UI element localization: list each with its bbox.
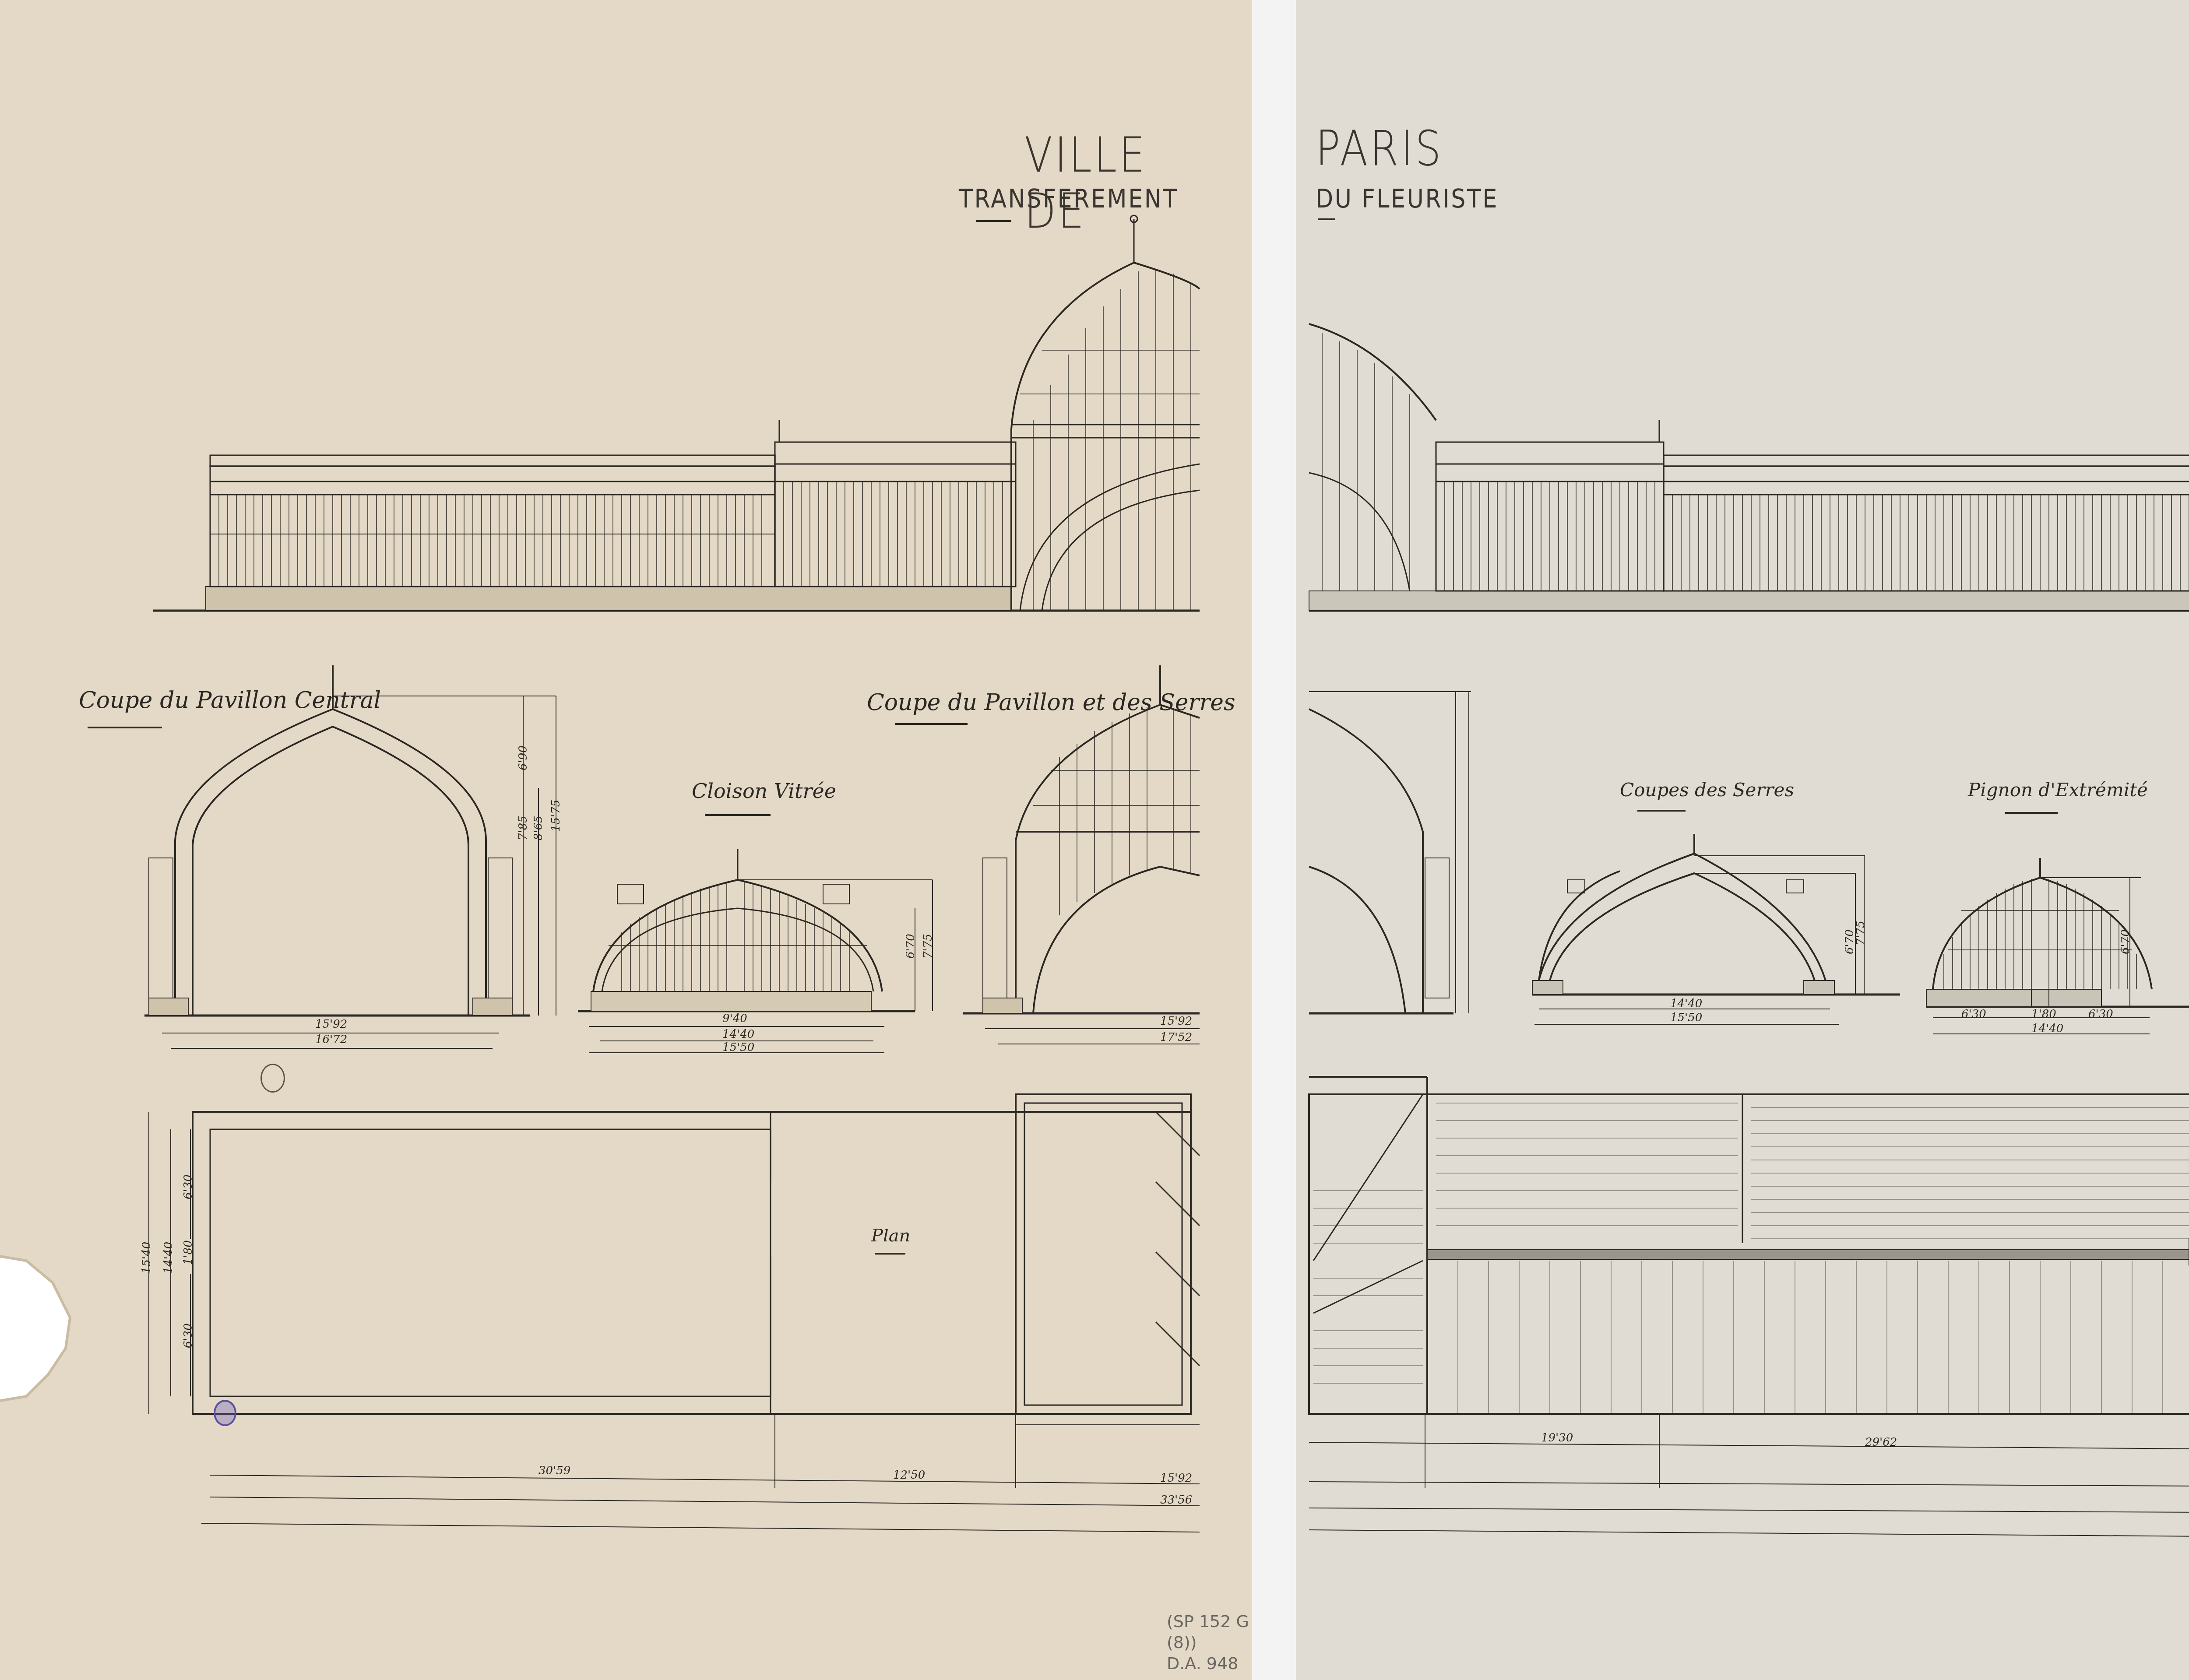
label-underline [875, 1253, 905, 1255]
label-coupe-pavillon-central: Coupe du Pavillon Central [79, 687, 381, 713]
dim-height: 6'70 [904, 934, 917, 959]
label-underline [88, 727, 162, 728]
facade-elevation-left [153, 215, 1200, 611]
dim-width: 14'40 [722, 1028, 754, 1041]
dim-bottom: 30'59 [538, 1464, 570, 1477]
dim-bottom: 15'92 [1160, 1472, 1192, 1485]
section-cloison-vitree [578, 849, 915, 1011]
label-plan: Plan [871, 1226, 910, 1246]
label-underline [895, 723, 968, 725]
dim-side: 15'40 [140, 1242, 153, 1274]
title-underline [976, 220, 1011, 222]
dims-pavillon-central [162, 696, 556, 1048]
dims-cloison [589, 880, 933, 1053]
dim-width: 14'40 [2031, 1022, 2063, 1035]
label-coupes-des-serres: Coupes des Serres [1620, 779, 1794, 801]
dim-height: 15'75 [549, 800, 563, 832]
right-sheet-drawing [1296, 0, 2189, 1680]
dim-side: 6'30 [182, 1323, 195, 1348]
archive-stamp [214, 1400, 236, 1426]
dim-bottom: 19'30 [1541, 1431, 1573, 1445]
title-paris: PARIS [1316, 120, 1443, 176]
label-underline [705, 814, 771, 816]
subtitle-transferement: TRANSFEREMENT [959, 184, 1179, 214]
elevation-mullions [219, 269, 1200, 611]
sheet-left: VILLE DE TRANSFEREMENT Coupe du Pavillon… [0, 0, 1252, 1680]
pencil-ref-line: (SP 152 G (8)) [1167, 1611, 1252, 1653]
dim-bottom: 29'62 [1865, 1436, 1897, 1449]
plan-left [193, 1094, 1200, 1425]
dim-height: 7'85 [517, 815, 530, 840]
title-underline [1318, 218, 1335, 220]
label-cloison-vitree: Cloison Vitrée [692, 779, 836, 803]
dim-side: 1'80 [182, 1240, 195, 1265]
dim-width: 14'40 [1670, 997, 1702, 1010]
label-underline [1637, 810, 1686, 812]
label-underline [2005, 812, 2058, 814]
label-pignon-extremite: Pignon d'Extrémité [1968, 779, 2148, 801]
pencil-ref-left: (SP 152 G (8)) D.A. 948 [1167, 1611, 1252, 1674]
dim-width: 1'80 [2031, 1008, 2056, 1021]
dim-height: 6'70 [2119, 929, 2132, 954]
section-pavillon-central [144, 665, 530, 1016]
dims-plan-right [1309, 1414, 2189, 1550]
dim-height: 6'90 [517, 745, 530, 770]
pencil-ref-line: D.A. 948 [1167, 1653, 1252, 1674]
dim-side: 14'40 [162, 1242, 175, 1274]
dim-width: 15'50 [1670, 1011, 1702, 1024]
dim-width: 17'52 [1160, 1031, 1192, 1044]
dim-width: 9'40 [722, 1012, 747, 1025]
sheet-gap [1252, 0, 1296, 1680]
title-ville-de: VILLE DE [1024, 127, 1218, 239]
dim-bottom: 33'56 [1160, 1494, 1192, 1507]
subtitle-du-fleuriste: DU FLEURISTE [1316, 184, 1499, 214]
dim-width: 6'30 [2088, 1008, 2113, 1021]
dim-bottom: 12'50 [893, 1469, 925, 1482]
dim-height: 7'75 [922, 934, 935, 959]
dims-plan-left [149, 1112, 1200, 1532]
dim-height: 7'75 [1854, 921, 1867, 945]
dim-height: 8'65 [532, 815, 545, 840]
dim-width: 15'92 [315, 1018, 347, 1031]
elevation-right-mullions [1322, 333, 2189, 591]
dim-width: 16'72 [315, 1033, 347, 1046]
section-pavillon-serres [963, 665, 1200, 1044]
dim-width: 15'50 [722, 1041, 754, 1054]
plan-right [1309, 1077, 2189, 1414]
dim-side: 6'30 [182, 1174, 195, 1199]
cloison-mullions [609, 882, 867, 991]
pignon-mullions [1944, 879, 2136, 989]
section-coupes-serres [1532, 834, 1900, 995]
ville-de-paris-stamp [260, 1064, 285, 1093]
sheet-right: PARIS DU FLEURISTE Coupes des Serres Pig… [1296, 0, 2189, 1680]
facade-elevation-right [1309, 324, 2189, 611]
left-sheet-drawing [0, 0, 1252, 1680]
section-pavillon-right [1309, 692, 1471, 1013]
dim-width: 6'30 [1961, 1008, 1986, 1021]
label-coupe-pavillon-serres: Coupe du Pavillon et des Serres [867, 689, 1235, 716]
dim-width: 15'92 [1160, 1015, 1192, 1028]
